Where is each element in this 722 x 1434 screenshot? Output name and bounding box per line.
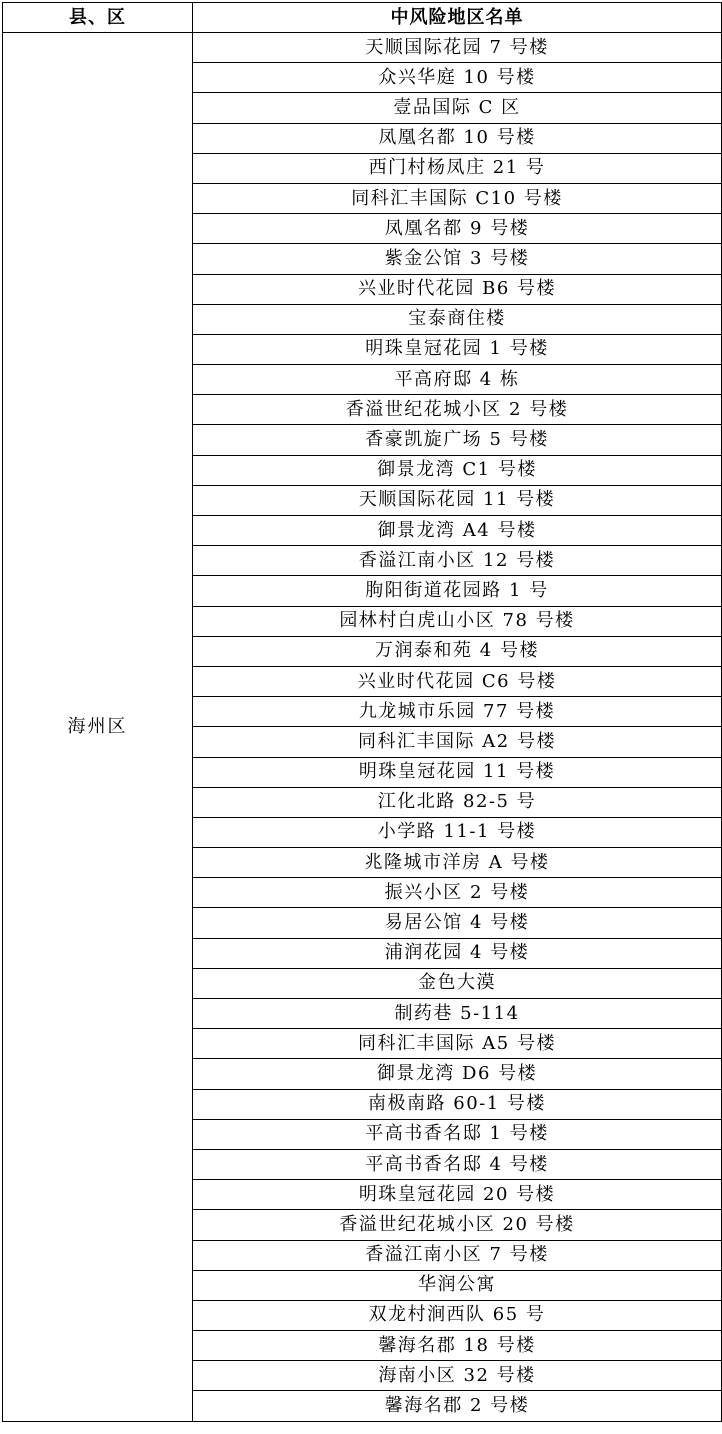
area-name-cell: 南极南路 60-1 号楼 <box>193 1089 722 1119</box>
area-name-cell: 同科汇丰国际 C10 号楼 <box>193 183 722 213</box>
area-name-cell: 金色大漠 <box>193 968 722 998</box>
medium-risk-areas-table: 县、区 中风险地区名单 海州区天顺国际花园 7 号楼众兴华庭 10 号楼壹品国际… <box>2 2 722 1422</box>
area-name-cell: 制药巷 5-114 <box>193 999 722 1029</box>
area-name-cell: 兴业时代花园 C6 号楼 <box>193 666 722 696</box>
area-name-cell: 明珠皇冠花园 20 号楼 <box>193 1180 722 1210</box>
area-name-cell: 华润公寓 <box>193 1270 722 1300</box>
area-name-cell: 西门村杨凤庄 21 号 <box>193 153 722 183</box>
county-cell: 海州区 <box>3 33 193 1422</box>
area-name-cell: 天顺国际花园 11 号楼 <box>193 485 722 515</box>
area-name-cell: 紫金公馆 3 号楼 <box>193 244 722 274</box>
area-name-cell: 香溢江南小区 12 号楼 <box>193 546 722 576</box>
area-name-cell: 宝泰商住楼 <box>193 304 722 334</box>
area-name-cell: 壹品国际 C 区 <box>193 93 722 123</box>
area-name-cell: 凤凰名都 10 号楼 <box>193 123 722 153</box>
area-name-cell: 御景龙湾 A4 号楼 <box>193 516 722 546</box>
area-name-cell: 兆隆城市洋房 A 号楼 <box>193 848 722 878</box>
area-name-cell: 双龙村涧西队 65 号 <box>193 1300 722 1330</box>
area-name-cell: 海南小区 32 号楼 <box>193 1361 722 1391</box>
area-name-cell: 众兴华庭 10 号楼 <box>193 63 722 93</box>
area-name-cell: 御景龙湾 C1 号楼 <box>193 455 722 485</box>
area-name-cell: 平高府邸 4 栋 <box>193 365 722 395</box>
area-name-cell: 香豪凯旋广场 5 号楼 <box>193 425 722 455</box>
area-name-cell: 万润泰和苑 4 号楼 <box>193 636 722 666</box>
table-header-row: 县、区 中风险地区名单 <box>3 3 722 33</box>
area-name-cell: 天顺国际花园 7 号楼 <box>193 33 722 63</box>
area-name-cell: 馨海名郡 18 号楼 <box>193 1331 722 1361</box>
area-name-cell: 九龙城市乐园 77 号楼 <box>193 697 722 727</box>
area-name-cell: 馨海名郡 2 号楼 <box>193 1391 722 1421</box>
area-name-cell: 明珠皇冠花园 1 号楼 <box>193 334 722 364</box>
area-name-cell: 小学路 11-1 号楼 <box>193 817 722 847</box>
area-name-cell: 振兴小区 2 号楼 <box>193 878 722 908</box>
area-name-cell: 御景龙湾 D6 号楼 <box>193 1059 722 1089</box>
area-name-cell: 兴业时代花园 B6 号楼 <box>193 274 722 304</box>
header-medium-risk-list: 中风险地区名单 <box>193 3 722 33</box>
area-name-cell: 同科汇丰国际 A2 号楼 <box>193 727 722 757</box>
area-name-cell: 平高书香名邸 4 号楼 <box>193 1149 722 1179</box>
area-name-cell: 易居公馆 4 号楼 <box>193 908 722 938</box>
area-name-cell: 园林村白虎山小区 78 号楼 <box>193 606 722 636</box>
area-name-cell: 香溢江南小区 7 号楼 <box>193 1240 722 1270</box>
header-county: 县、区 <box>3 3 193 33</box>
area-name-cell: 凤凰名都 9 号楼 <box>193 214 722 244</box>
area-name-cell: 香溢世纪花城小区 20 号楼 <box>193 1210 722 1240</box>
area-name-cell: 朐阳街道花园路 1 号 <box>193 576 722 606</box>
area-name-cell: 江化北路 82-5 号 <box>193 787 722 817</box>
area-name-cell: 同科汇丰国际 A5 号楼 <box>193 1029 722 1059</box>
area-name-cell: 香溢世纪花城小区 2 号楼 <box>193 395 722 425</box>
table-row: 海州区天顺国际花园 7 号楼 <box>3 33 722 63</box>
area-name-cell: 浦润花园 4 号楼 <box>193 938 722 968</box>
area-name-cell: 明珠皇冠花园 11 号楼 <box>193 757 722 787</box>
table-body: 海州区天顺国际花园 7 号楼众兴华庭 10 号楼壹品国际 C 区凤凰名都 10 … <box>3 33 722 1422</box>
area-name-cell: 平高书香名邸 1 号楼 <box>193 1119 722 1149</box>
